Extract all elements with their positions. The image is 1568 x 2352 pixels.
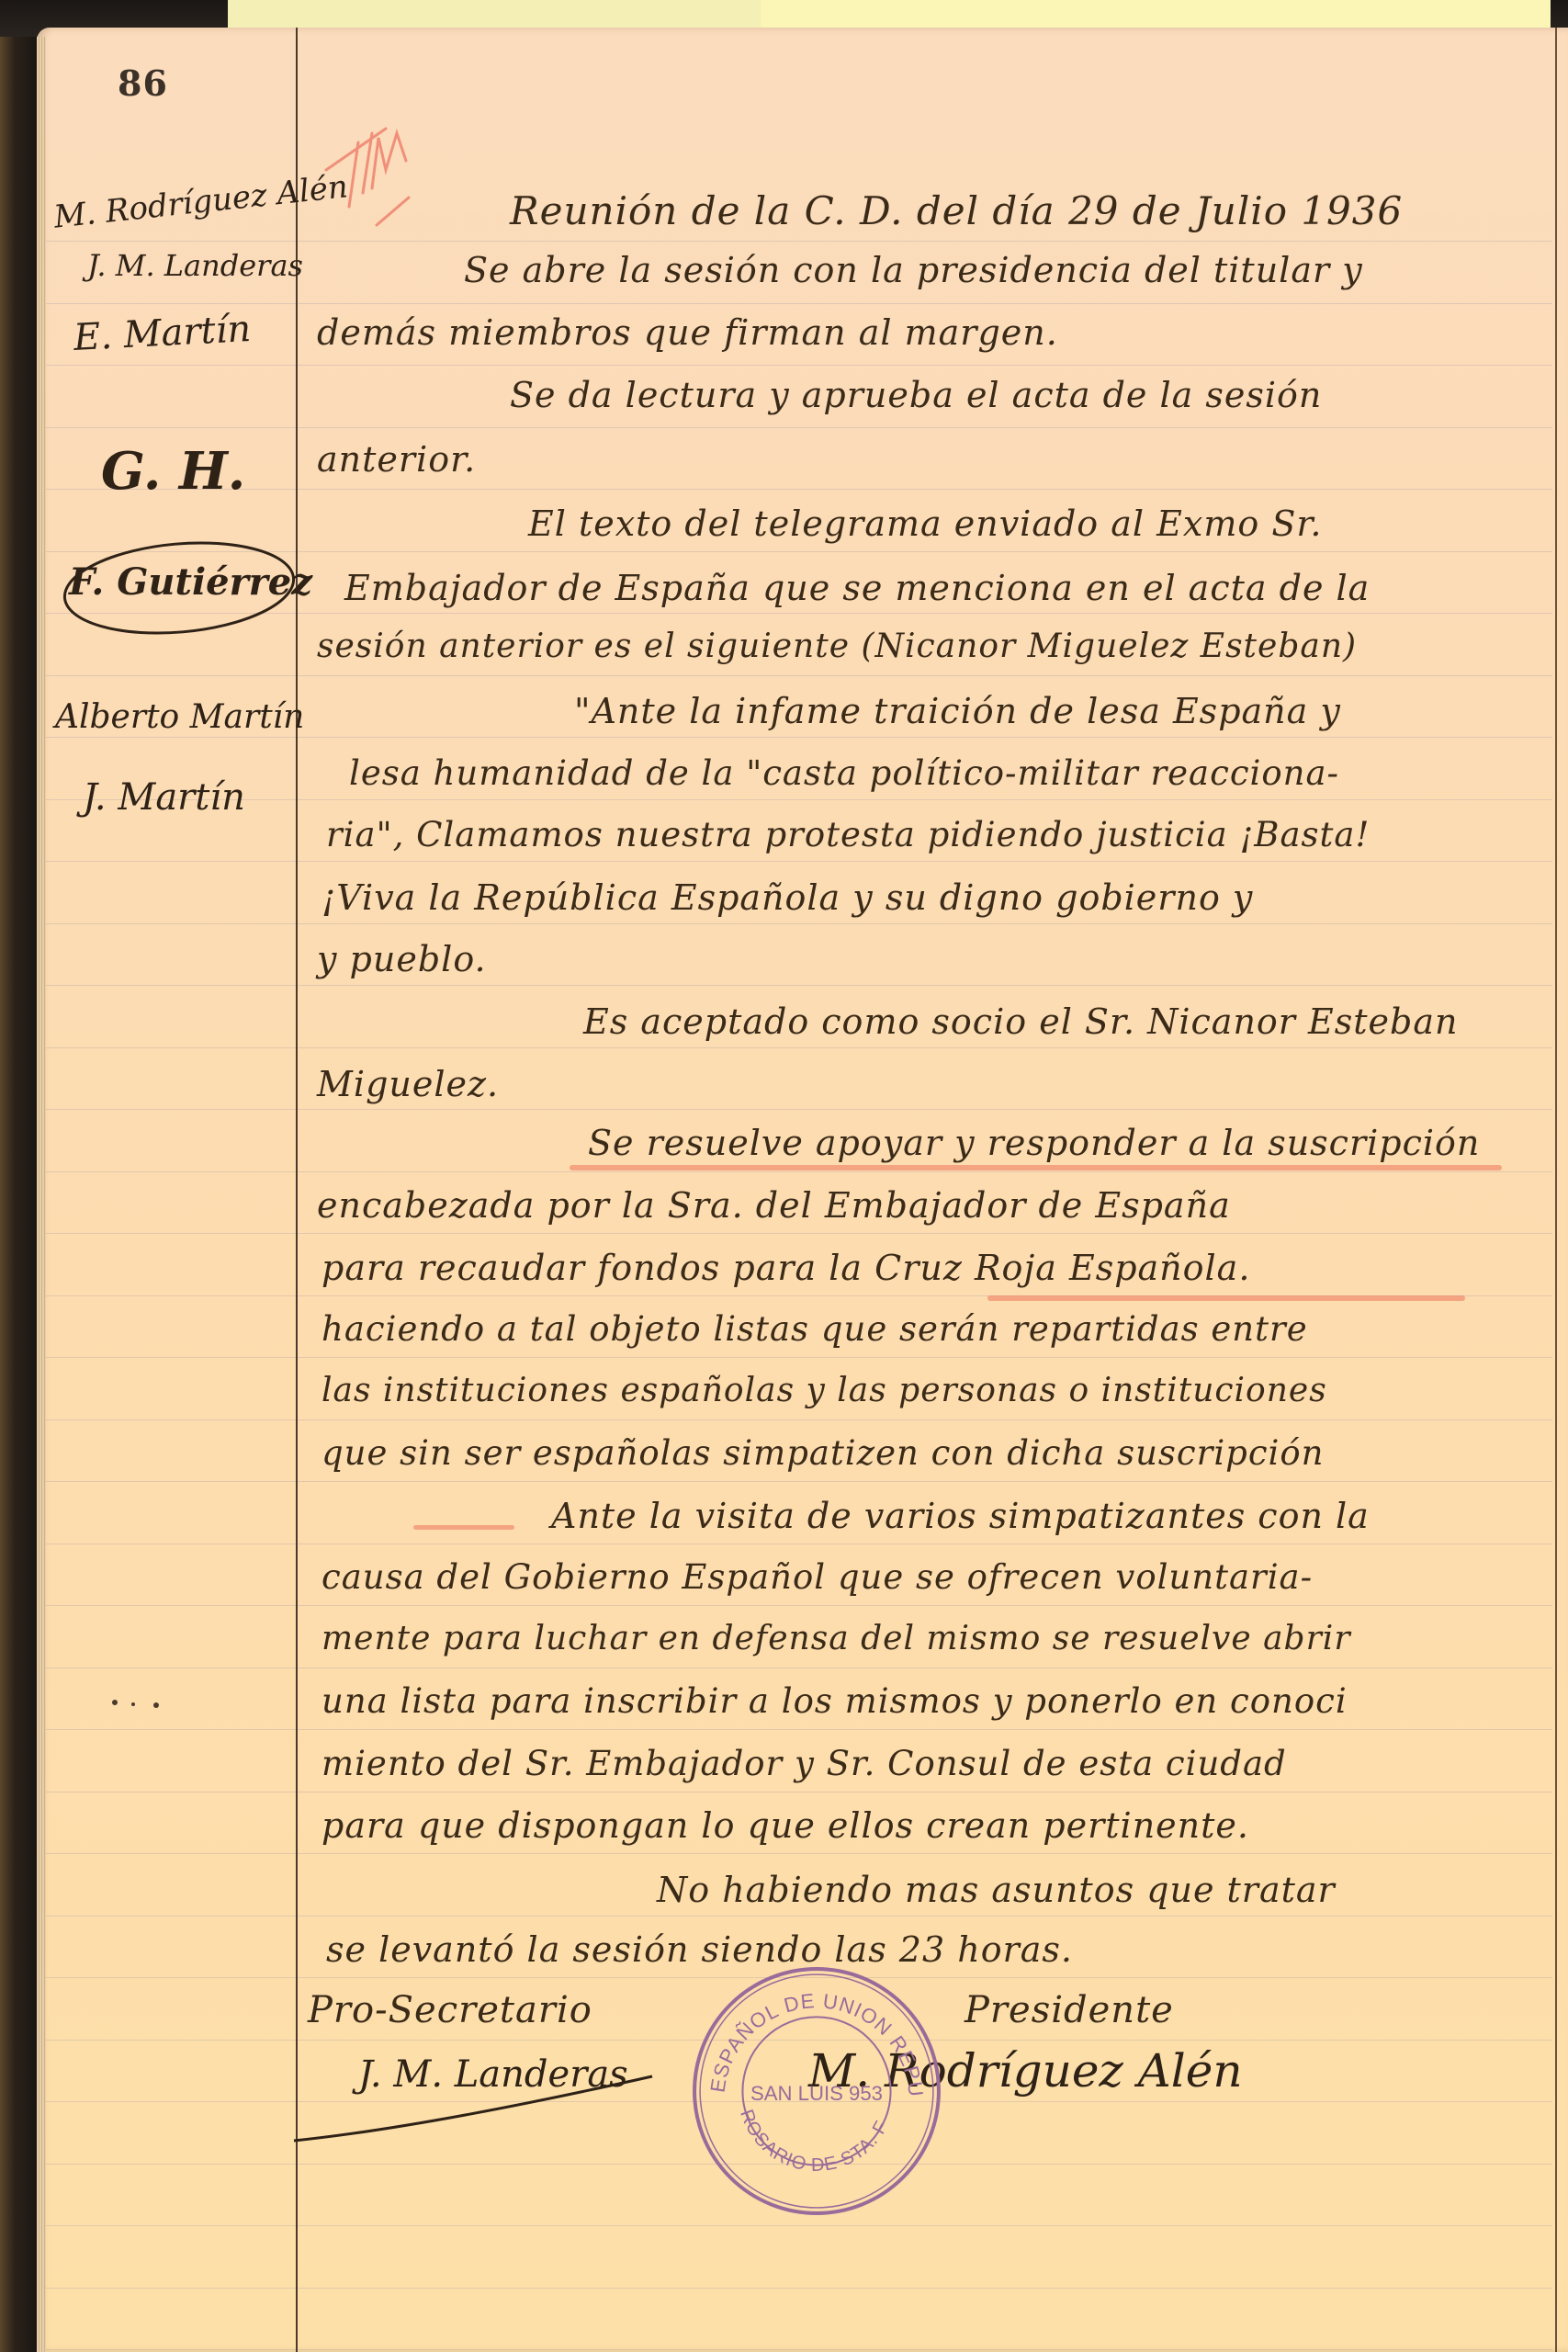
minutes-line: haciendo a tal objeto listas que serán r…: [321, 1309, 1308, 1349]
minutes-line: ria", Clamamos nuestra protesta pidiendo…: [326, 815, 1370, 854]
minutes-line: sesión anterior es el siguiente (Nicanor…: [317, 628, 1357, 665]
minutes-line: miento del Sr. Embajador y Sr. Consul de…: [321, 1744, 1287, 1783]
red-underline-cruz-roja: [987, 1295, 1465, 1301]
stamp-center-text: SAN LUIS 953: [750, 2082, 883, 2105]
signature-flourish-oval: [55, 533, 303, 643]
ruled-line: [46, 2225, 1552, 2226]
minutes-line: para que dispongan lo que ellos crean pe…: [321, 1805, 1249, 1846]
ruled-line: [46, 1543, 1552, 1544]
page-stack-edge: [37, 37, 46, 2352]
minutes-line: Ante la visita de varios simpatizantes c…: [551, 1496, 1370, 1536]
minutes-line: una lista para inscribir a los mismos y …: [321, 1681, 1348, 1721]
minutes-line: encabezada por la Sra. del Embajador de …: [317, 1185, 1231, 1226]
ruled-line: [46, 427, 1552, 428]
ruled-line: [46, 241, 1552, 242]
ruled-line: [46, 1109, 1552, 1110]
minutes-line: causa del Gobierno Español que se ofrece…: [321, 1557, 1313, 1597]
page-number: 86: [118, 62, 168, 104]
minutes-line: lesa humanidad de la "casta político-mil…: [349, 753, 1339, 793]
minutes-line: "Ante la infame traición de lesa España …: [574, 691, 1341, 731]
minutes-line: El texto del telegrama enviado al Exmo S…: [528, 503, 1322, 544]
ruled-line: [46, 303, 1552, 304]
ruled-line: [46, 1171, 1552, 1172]
minutes-line: que sin ser españolas simpatizen con dic…: [321, 1433, 1325, 1473]
svg-text:CENTRO ESPAÑOL DE UNION REPUBL: CENTRO ESPAÑOL DE UNION REPUBLICANA: [687, 1962, 928, 2100]
minutes-line: No habiendo mas asuntos que tratar: [657, 1870, 1336, 1910]
ruled-line: [46, 1605, 1552, 1606]
red-pencil-tick: [413, 1525, 514, 1530]
page-right-edge: [1555, 28, 1557, 2352]
secretary-label: Pro-Secretario: [308, 1989, 592, 2031]
minutes-line: Es aceptado como socio el Sr. Nicanor Es…: [583, 1001, 1459, 1042]
minutes-line: ¡Viva la República Española y su digno g…: [321, 877, 1253, 918]
ruled-line: [46, 2349, 1552, 2350]
sticky-note: [228, 0, 1356, 31]
minutes-line: anterior.: [317, 439, 476, 480]
margin-signature-7: J. Martín: [83, 776, 245, 819]
minutes-line: Se da lectura y aprueba el acta de la se…: [510, 375, 1322, 415]
ruled-line: [46, 1419, 1552, 1420]
ruled-line: [46, 675, 1552, 676]
minutes-title: Reunión de la C. D. del día 29 de Julio …: [510, 188, 1403, 233]
margin-signature-2: J. M. Landeras: [87, 248, 303, 283]
secretary-flourish: [289, 2072, 657, 2145]
president-label: Presidente: [964, 1989, 1174, 2031]
minutes-line: mente para luchar en defensa del mismo s…: [321, 1620, 1351, 1657]
book-binding-left: [0, 0, 37, 2352]
red-pencil-annotation: [321, 96, 432, 234]
minutes-line: Se resuelve apoyar y responder a la susc…: [588, 1123, 1480, 1163]
ruled-line: [46, 799, 1552, 800]
ruled-line: [46, 1668, 1552, 1668]
ruled-line: [46, 923, 1552, 924]
ruled-line: [46, 1853, 1552, 1854]
organization-stamp: CENTRO ESPAÑOL DE UNION REPUBLICANA ROSA…: [687, 1962, 946, 2221]
ruled-line: [46, 1729, 1552, 1730]
ruled-line: [46, 489, 1552, 490]
ruled-line: [46, 1233, 1552, 1234]
ruled-line: [46, 737, 1552, 738]
ruled-line: [46, 1916, 1552, 1917]
ruled-line: [46, 861, 1552, 862]
ruled-line: [46, 985, 1552, 986]
minutes-line: Embajador de España que se menciona en e…: [344, 568, 1370, 608]
stamp-outer-text: CENTRO ESPAÑOL DE UNION REPUBLICANA: [687, 1962, 928, 2100]
minutes-line: y pueblo.: [317, 939, 487, 979]
ruled-line: [46, 2288, 1552, 2289]
ruled-line: [46, 1481, 1552, 1482]
minutes-line: Miguelez.: [317, 1064, 499, 1104]
ruled-line: [46, 365, 1552, 366]
ruled-line: [46, 1357, 1552, 1358]
minutes-line: Se abre la sesión con la presidencia del…: [464, 250, 1363, 290]
minutes-line: las instituciones españolas y las person…: [321, 1372, 1327, 1409]
margin-signature-4: G. H.: [101, 441, 245, 502]
margin-signature-6: Alberto Martín: [55, 698, 304, 736]
minutes-line: demás miembros que firman al margen.: [317, 312, 1058, 353]
margin-rule: [296, 28, 298, 2352]
red-underline-resolution: [570, 1165, 1502, 1170]
ruled-line: [46, 1792, 1552, 1792]
ruled-line: [46, 1047, 1552, 1048]
ink-blots: [106, 1695, 179, 1713]
minutes-line: para recaudar fondos para la Cruz Roja E…: [321, 1248, 1250, 1288]
